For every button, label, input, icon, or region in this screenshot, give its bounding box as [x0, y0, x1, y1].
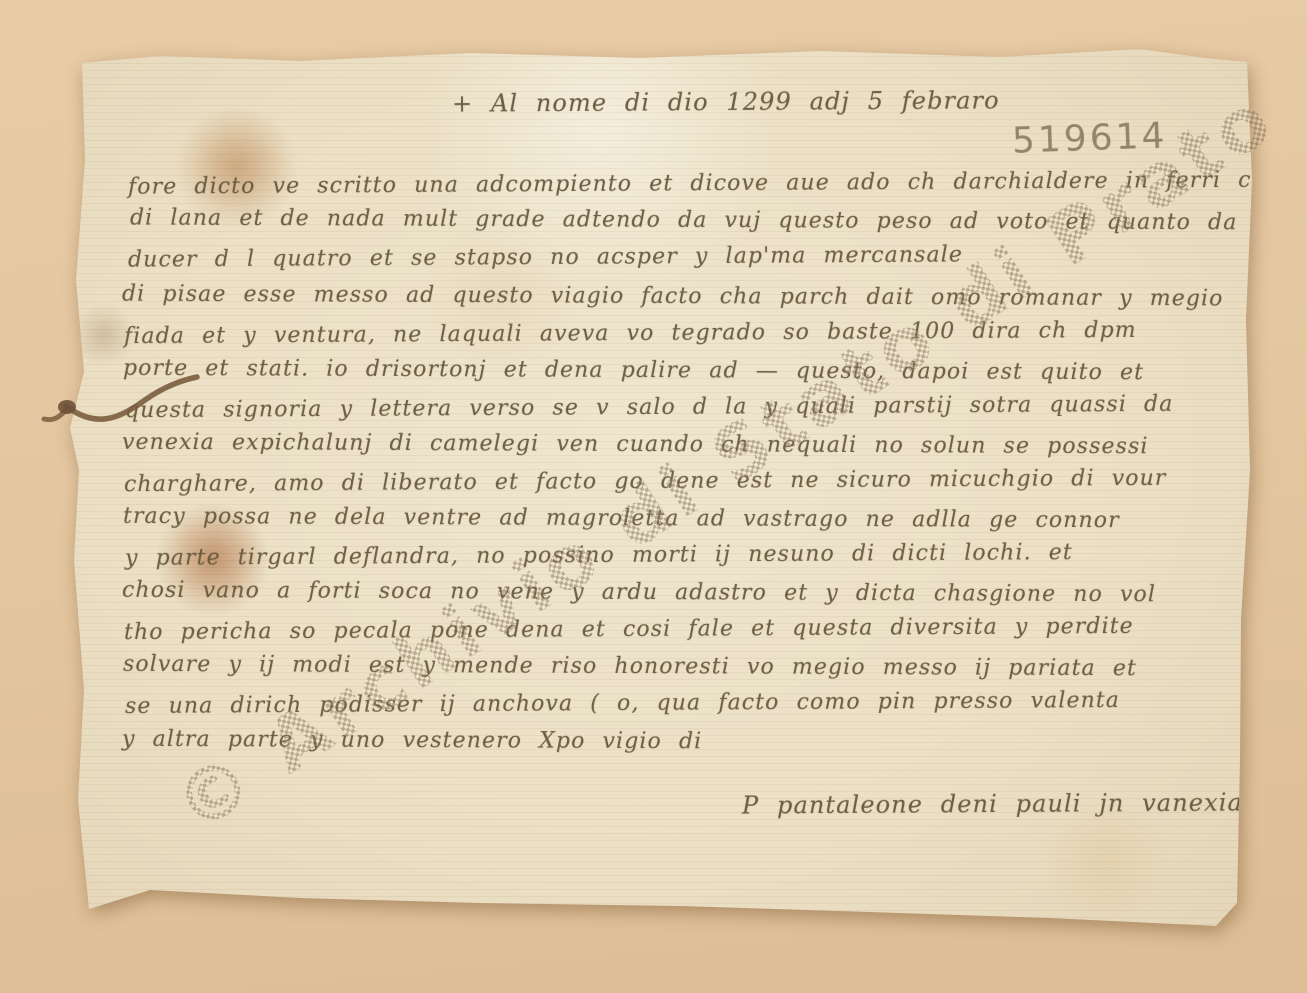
paper-stain-top-left — [180, 115, 295, 215]
manuscript-line: chosi vano a forti soca no vene y ardu a… — [122, 580, 1156, 607]
manuscript-line: ducer d l quatro et se stapso no acsper … — [128, 244, 963, 271]
manuscript-line: porte et stati. io drisortonj et dena pa… — [123, 358, 1144, 384]
manuscript-line: venexia expichalunj di camelegi ven cuan… — [122, 432, 1149, 458]
paper-shadow-wrap: + Al nome di dio 1299 adj 5 febraro 5196… — [0, 0, 1307, 993]
paper-sheet: + Al nome di dio 1299 adj 5 febraro 5196… — [0, 0, 1307, 993]
manuscript-line: y parte tirgarl deflandra, no possino mo… — [125, 542, 1073, 570]
manuscript-line: di lana et de nada mult grade adtendo da… — [130, 207, 1307, 234]
header-dateline: + Al nome di dio 1299 adj 5 febraro — [452, 88, 1000, 115]
manuscript-line: di pisae esse messo ad questo viagio fac… — [122, 284, 1224, 311]
manuscript-line: fiada et y ventura, ne laquali aveva vo … — [124, 320, 1137, 348]
manuscript-line: se una dirich podisser ij anchova ( o, q… — [125, 690, 1120, 718]
manuscript-line: tho pericha so pecala pone dena et cosi … — [124, 616, 1134, 644]
manuscript-scan: + Al nome di dio 1299 adj 5 febraro 5196… — [0, 0, 1307, 993]
manuscript-line: charghare, amo di liberato et facto go d… — [124, 468, 1167, 496]
manuscript-line: questa signoria y lettera verso se v sal… — [125, 394, 1174, 422]
manuscript-line: solvare y ij modi est y mende riso honor… — [123, 654, 1137, 680]
archive-number-pencil: 519614 — [1011, 115, 1168, 161]
manuscript-line: tracy possa ne dela ventre ad magroletta… — [123, 506, 1120, 532]
manuscript-line: fore dicto ve scritto una adcompiento et… — [128, 169, 1307, 198]
signature-line: P pantaleone deni pauli jn vanexia — [742, 790, 1243, 817]
manuscript-line: y altra parte y uno vestenero Xpo vigio … — [122, 729, 702, 754]
